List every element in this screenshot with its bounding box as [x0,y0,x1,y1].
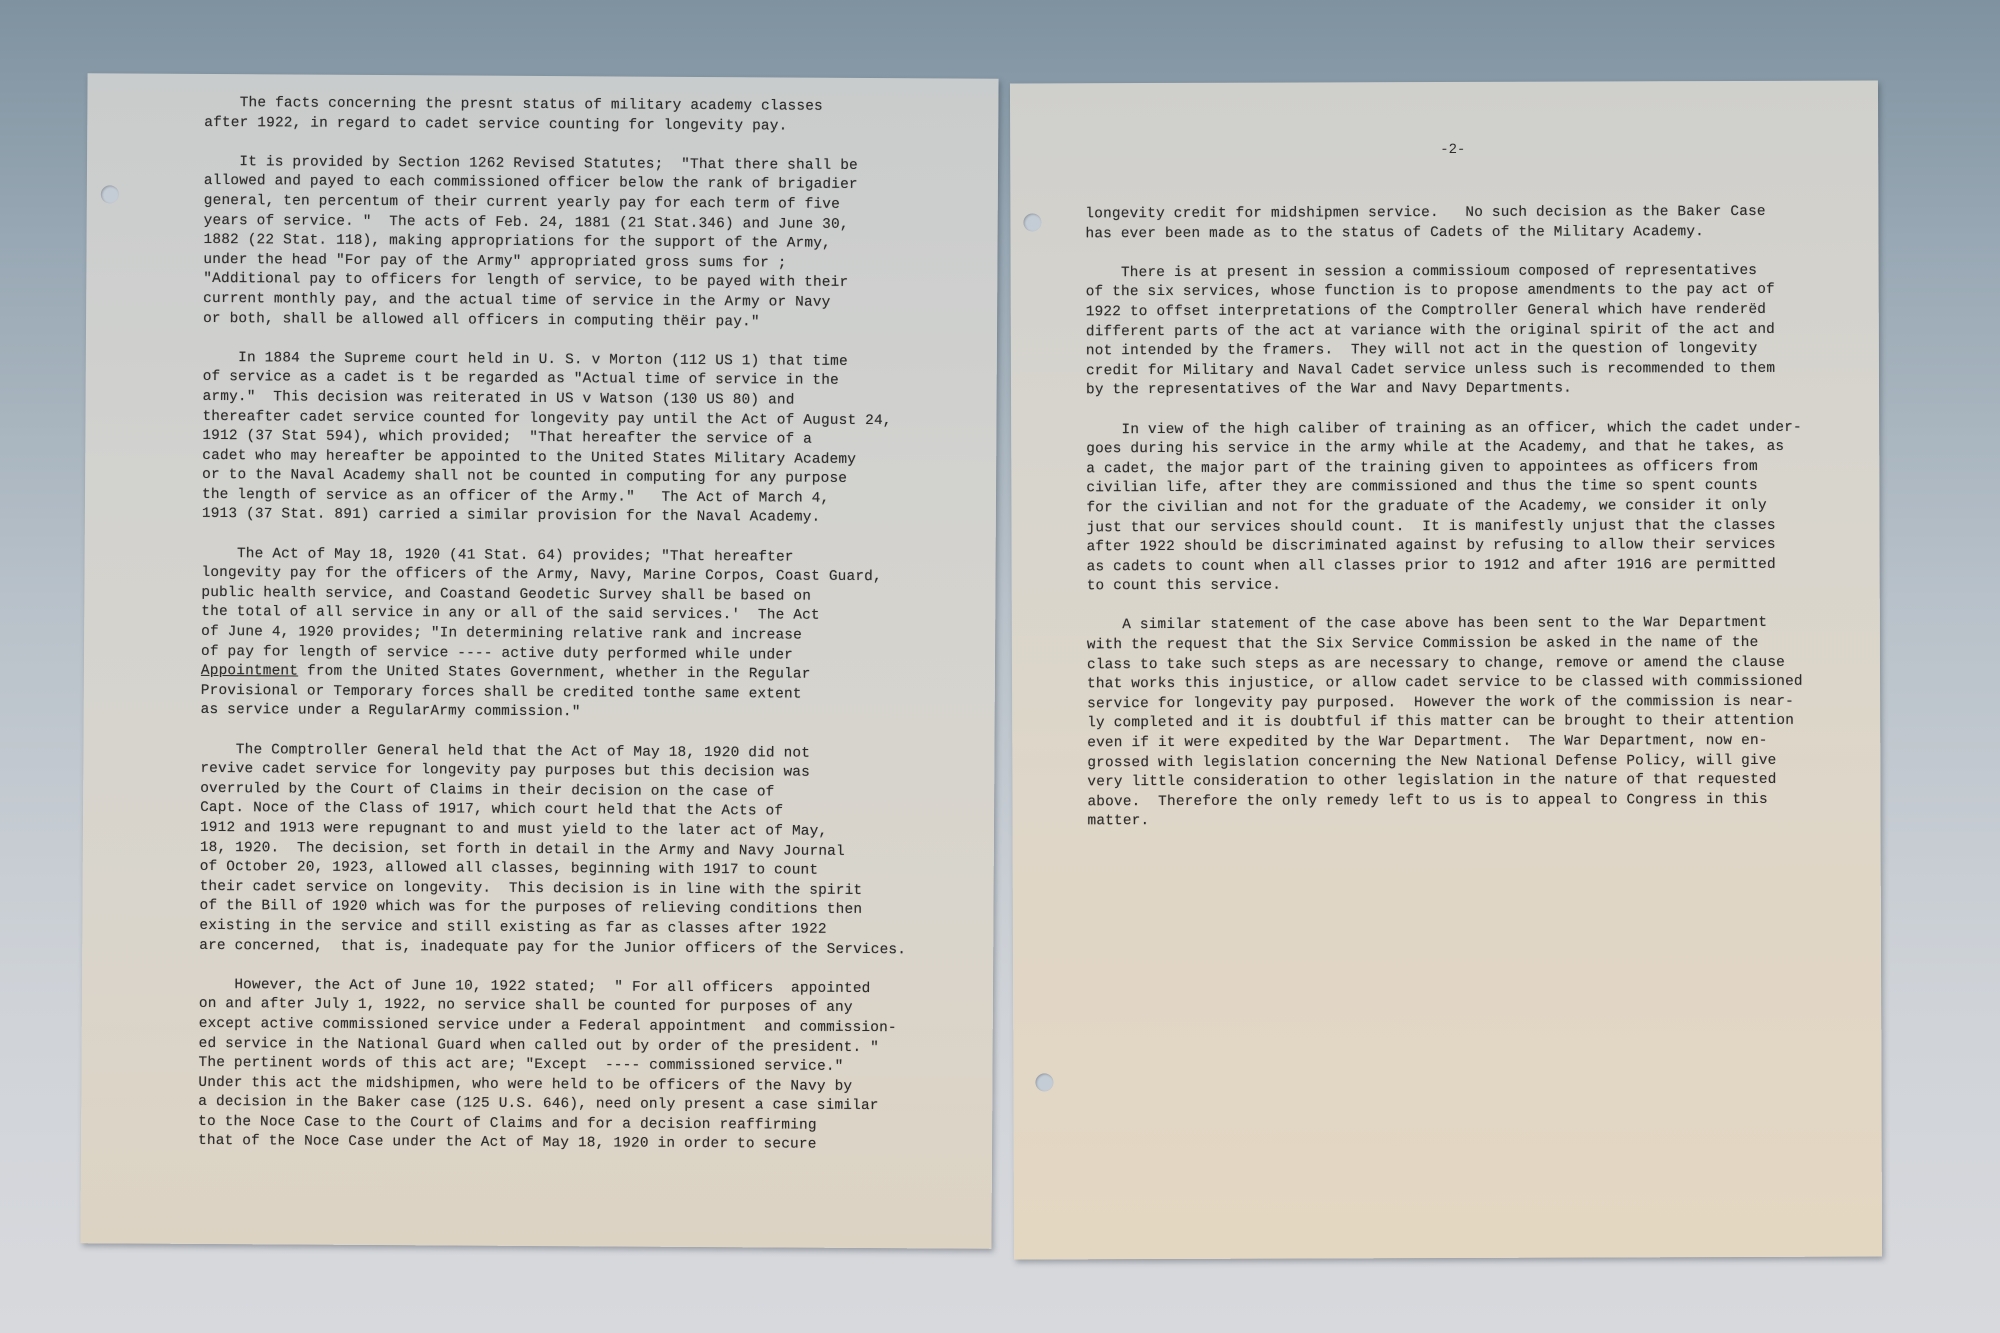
paragraph: In view of the high caliber of training … [1086,418,1802,597]
text-line: that works this injustice, or allow cade… [1087,673,1803,695]
paragraph: A similar statement of the case above ha… [1087,614,1803,832]
document-page-1: The facts concerning the presnt status o… [80,73,998,1249]
text-line: by the representatives of the War and Na… [1086,379,1802,401]
text-line: ly completed and it is doubtful if this … [1087,712,1803,734]
text-line: has ever been made as to the status of C… [1085,222,1801,244]
paragraph: However, the Act of June 10, 1922 stated… [198,976,906,1157]
paragraph: longevity credit for midshipmen service.… [1085,203,1801,245]
document-page-2: -2- longevity credit for midshipmen serv… [1010,80,1882,1259]
text-line: of the six services, whose function is t… [1086,281,1802,303]
paragraph: There is at present in session a commiss… [1086,262,1802,402]
text-line: to count this service. [1087,575,1803,597]
underlined-text: Appointment [201,663,298,680]
text-line: just that our services should count. It … [1086,516,1802,538]
text-line: A similar statement of the case above ha… [1087,614,1803,636]
text-line: credit for Military and Naval Cadet serv… [1086,360,1802,382]
text-line: very little consideration to other legis… [1087,771,1803,793]
text-line: are concerned, that is, inadequate pay f… [199,936,906,960]
text-line: as service under a RegularArmy commissio… [201,701,908,725]
page-1-text: The facts concerning the presnt status o… [198,94,911,1176]
text-line: a cadet, the major part of the training … [1086,457,1802,479]
text-line: There is at present in session a commiss… [1086,262,1802,284]
text-line: 1922 to offset interpretations of the Co… [1086,301,1802,323]
text-line: goes during his service in the army whil… [1086,438,1802,460]
paragraph: The Act of May 18, 1920 (41 Stat. 64) pr… [201,545,909,726]
paragraph: The Comptroller General held that the Ac… [199,741,907,961]
page-number: -2- [1440,142,1465,158]
text-line: In view of the high caliber of training … [1086,418,1802,440]
text-line: different parts of the act at variance w… [1086,320,1802,342]
text-line: for the civilian and not for the graduat… [1086,497,1802,519]
text-line: longevity credit for midshipmen service.… [1085,203,1801,225]
punch-hole [1035,1073,1053,1091]
text-line: even if it were expedited by the War Dep… [1087,732,1803,754]
text-line: as cadets to count when all classes prio… [1087,555,1803,577]
paragraph: The facts concerning the presnt status o… [204,94,911,138]
text-line: grossed with legislation concerning the … [1087,751,1803,773]
page-2-text: longevity credit for midshipmen service.… [1085,203,1803,852]
text-line: not intended by the framers. They will n… [1086,340,1802,362]
text-line: class to take such steps as are necessar… [1087,653,1803,675]
text-line: service for longevity pay purposed. Howe… [1087,693,1803,715]
text-line: civilian life, after they are commission… [1086,477,1802,499]
text-line: 1913 (37 Stat. 891) carried a similar pr… [202,505,909,529]
text-line: after 1922 should be discriminated again… [1087,536,1803,558]
text-line: with the request that the Six Service Co… [1087,634,1803,656]
paragraph: In 1884 the Supreme court held in U. S. … [202,349,910,530]
punch-hole [1023,213,1041,231]
text-line: above. Therefore the only remedy left to… [1087,791,1803,813]
text-line: that of the Noce Case under the Act of M… [198,1132,905,1156]
punch-hole [101,185,119,203]
text-line: matter. [1087,810,1803,832]
paragraph: It is provided by Section 1262 Revised S… [203,153,911,334]
